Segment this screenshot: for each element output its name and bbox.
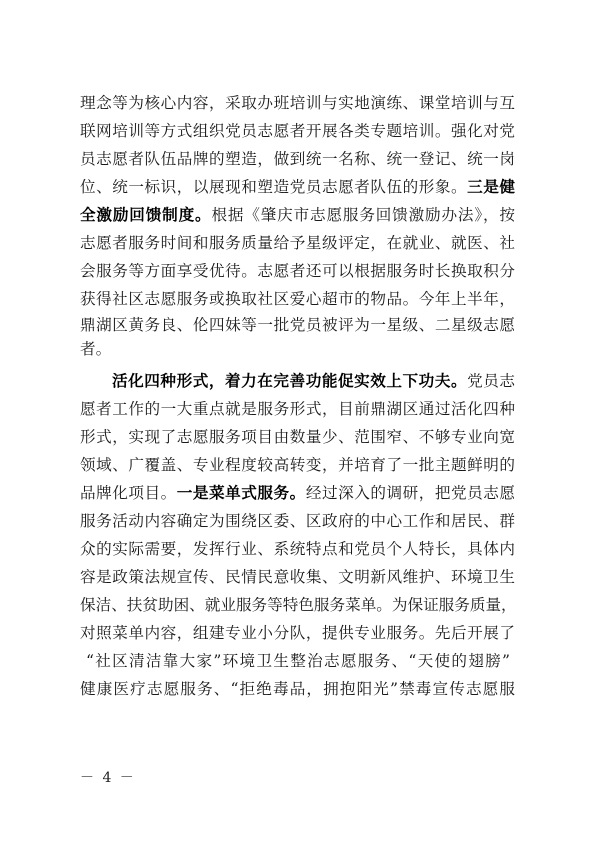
paragraph-1-line-7: 会服务等方面享受优待。志愿者还可以根据服务时长换取积分 [80,260,515,282]
paragraph-1-line-8: 获得社区志愿服务或换取社区爱心超市的物品。今年上半年， [80,288,515,310]
document-page: 理念等为核心内容，采取办班培训与实地演练、课堂培训与互 联网培训等方式组织党员志… [0,0,595,842]
line-text: 经过深入的调研，把党员志愿 [306,484,515,502]
paragraph-2-line-5: 品牌化项目。一是菜单式服务。经过深入的调研，把党员志愿 [80,482,515,504]
line-text: 位、统一标识，以展现和塑造党员志愿者队伍的形象。 [80,178,467,196]
section-heading: 活化四种形式，着力在完善功能促实效上下功夫。 [112,371,467,390]
paragraph-2-line-10: 对照菜单内容，组建专业小分队，提供专业服务。先后开展了 [80,622,515,644]
line-text: 品牌化项目。 [80,484,177,502]
paragraph-1-line-3: 员志愿者队伍品牌的塑造，做到统一名称、统一登记、统一岗 [80,148,515,170]
line-text: 党员志 [467,372,515,390]
paragraph-2-line-2: 愿者工作的一大重点就是服务形式，目前鼎湖区通过活化四种 [80,398,515,420]
paragraph-2-line-9: 保洁、扶贫助困、就业服务等特色服务菜单。为保证服务质量， [80,594,515,616]
paragraph-1-line-6: 志愿者服务时间和服务质量给予星级评定，在就业、就医、社 [80,232,515,254]
paragraph-2-line-4: 领域、广覆盖、专业程度较高转变，并培育了一批主题鲜明的 [80,454,515,476]
bold-heading: 一是菜单式服务。 [177,483,306,502]
paragraph-1-line-1: 理念等为核心内容，采取办班培训与实地演练、课堂培训与互 [80,92,515,114]
paragraph-2-line-7: 众的实际需要，发挥行业、系统特点和党员个人特长，具体内 [80,538,515,560]
paragraph-1-line-5: 全激励回馈制度。根据《肇庆市志愿服务回馈激励办法》，按 [80,204,515,226]
bold-heading: 全激励回馈制度。 [80,205,211,224]
paragraph-2-line-11: “社区清洁靠大家”环境卫生整治志愿服务、“天使的翅膀” [86,650,510,672]
paragraph-1-line-9: 鼎湖区黄务良、伦四妹等一批党员被评为一星级、二星级志愿 [80,314,515,336]
bold-heading: 三是健 [467,177,515,196]
paragraph-2-line-8: 容是政策法规宣传、民情民意收集、文明新风维护、环境卫生 [80,566,515,588]
paragraph-2-line-1: 活化四种形式，着力在完善功能促实效上下功夫。党员志 [112,370,515,392]
page-number: － 4 － [80,767,136,787]
paragraph-2-line-12: 健康医疗志愿服务、“拒绝毒品，拥抱阳光”禁毒宣传志愿服 [80,678,515,700]
paragraph-1-line-2: 联网培训等方式组织党员志愿者开展各类专题培训。强化对党 [80,120,515,142]
paragraph-2-line-6: 服务活动内容确定为围绕区委、区政府的中心工作和居民、群 [80,510,515,532]
paragraph-1-line-10: 者。 [80,338,515,360]
line-text: 根据《肇庆市志愿服务回馈激励办法》，按 [211,206,515,224]
paragraph-1-line-4: 位、统一标识，以展现和塑造党员志愿者队伍的形象。三是健 [80,176,515,198]
paragraph-2-line-3: 形式，实现了志愿服务项目由数量少、范围窄、不够专业向宽 [80,426,515,448]
